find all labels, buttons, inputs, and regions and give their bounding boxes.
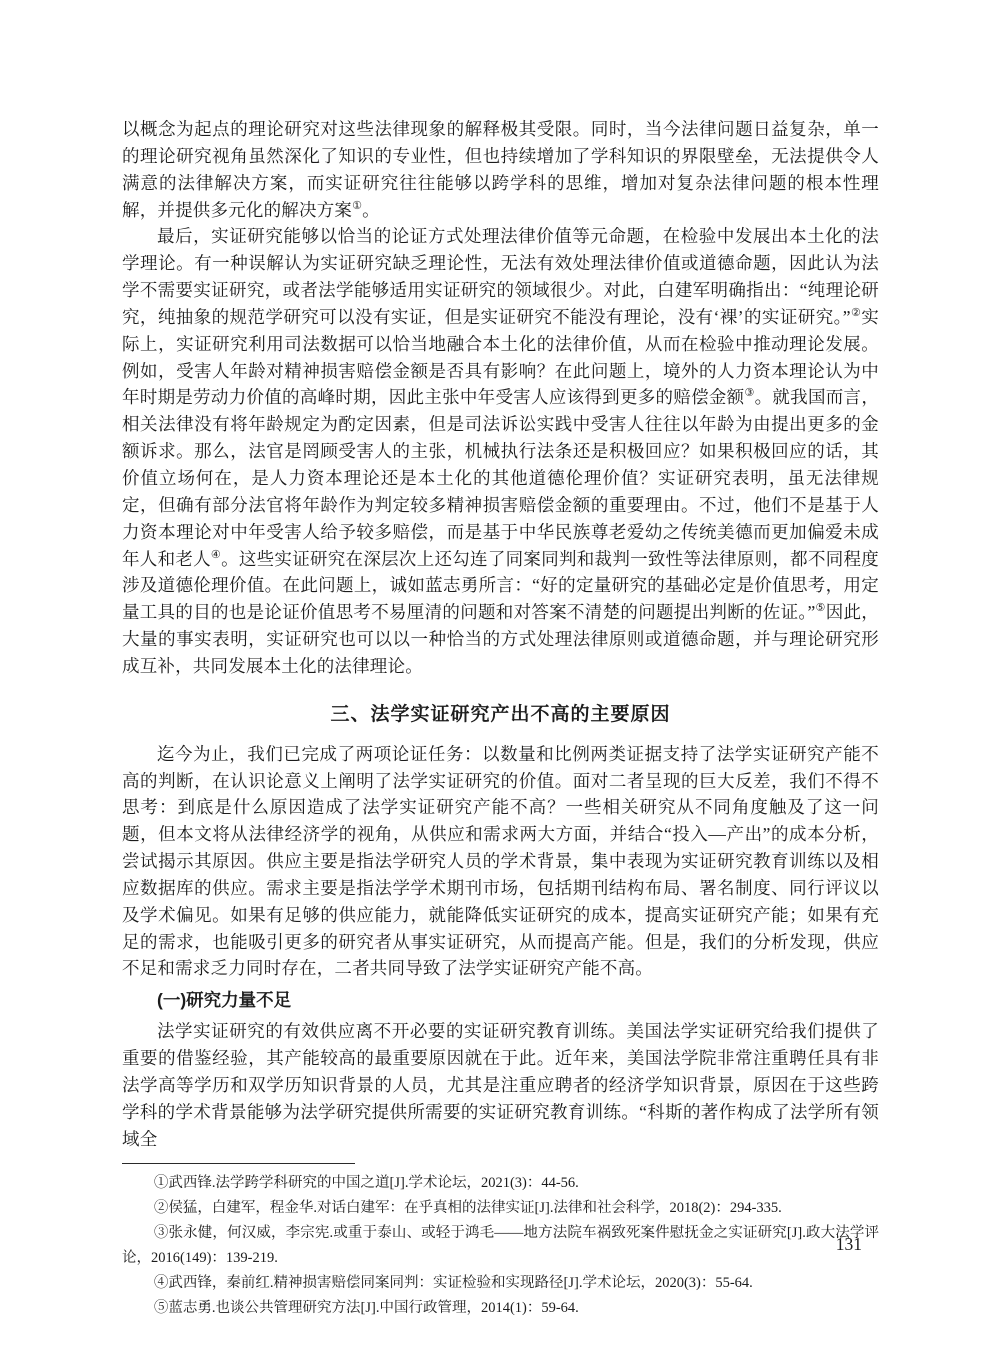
footnote-item: ④武西锋，秦前红.精神损害赔偿同案同判：实证检验和实现路径[J].学术论坛，20… — [122, 1271, 879, 1296]
body-paragraph: 迄今为止，我们已完成了两项论证任务：以数量和比例两类证据支持了法学实证研究产能不… — [122, 741, 879, 983]
page-number: 131 — [836, 1234, 862, 1255]
text-run: 。就我国而言，相关法律没有将年龄规定为酌定因素，但是司法诉讼实践中受害人往往以年… — [122, 387, 879, 568]
footnote-reference-mark: ① — [352, 200, 362, 212]
footnote-separator-rule — [122, 1163, 355, 1164]
footnote-reference-mark: ⑤ — [815, 602, 825, 614]
body-paragraph: 法学实证研究的有效供应离不开必要的实证研究教育训练。美国法学实证研究给我们提供了… — [122, 1018, 879, 1152]
footnote-reference-mark: ③ — [744, 388, 754, 400]
body-paragraph: 最后，实证研究能够以恰当的论证方式处理法律价值等元命题，在检验中发展出本土化的法… — [122, 223, 879, 679]
footnote-item: ⑤蓝志勇.也谈公共管理研究方法[J].中国行政管理，2014(1)：59-64. — [122, 1296, 879, 1321]
section-heading: 三、法学实证研究产出不高的主要原因 — [122, 699, 879, 726]
footnote-item: ③张永健，何汉威，李宗宪.或重于泰山、或轻于鸿毛——地方法院车祸致死案件慰抚金之… — [122, 1221, 879, 1271]
journal-page: 以概念为起点的理论研究对这些法律现象的解释极其受限。同时，当今法律问题日益复杂，… — [0, 0, 1000, 1347]
text-run: 以概念为起点的理论研究对这些法律现象的解释极其受限。同时，当今法律问题日益复杂，… — [122, 119, 879, 220]
footnote-reference-mark: ② — [851, 307, 862, 319]
text-run: 。这些实证研究在深层次上还勾连了同案同判和裁判一致性等法律原则，都不同程度涉及道… — [122, 549, 879, 623]
text-run: 法学实证研究的有效供应离不开必要的实证研究教育训练。美国法学实证研究给我们提供了… — [122, 1021, 879, 1148]
footnote-reference-mark: ④ — [211, 549, 221, 561]
body-paragraph: 以概念为起点的理论研究对这些法律现象的解释极其受限。同时，当今法律问题日益复杂，… — [122, 116, 879, 223]
footnote-item: ①武西锋.法学跨学科研究的中国之道[J].学术论坛，2021(3)：44-56. — [122, 1171, 879, 1196]
page-content: 以概念为起点的理论研究对这些法律现象的解释极其受限。同时，当今法律问题日益复杂，… — [122, 116, 879, 1321]
subsection-heading: (一)研究力量不足 — [122, 987, 879, 1014]
text-run: 最后，实证研究能够以恰当的论证方式处理法律价值等元命题，在检验中发展出本土化的法… — [122, 226, 879, 327]
footnote-item: ②侯猛，白建军，程金华.对话白建军：在乎真相的法律实证[J].法律和社会科学，2… — [122, 1196, 879, 1221]
footnote-block: ①武西锋.法学跨学科研究的中国之道[J].学术论坛，2021(3)：44-56.… — [122, 1163, 879, 1321]
text-run: 。 — [362, 200, 380, 220]
text-run: 迄今为止，我们已完成了两项论证任务：以数量和比例两类证据支持了法学实证研究产能不… — [122, 744, 879, 979]
